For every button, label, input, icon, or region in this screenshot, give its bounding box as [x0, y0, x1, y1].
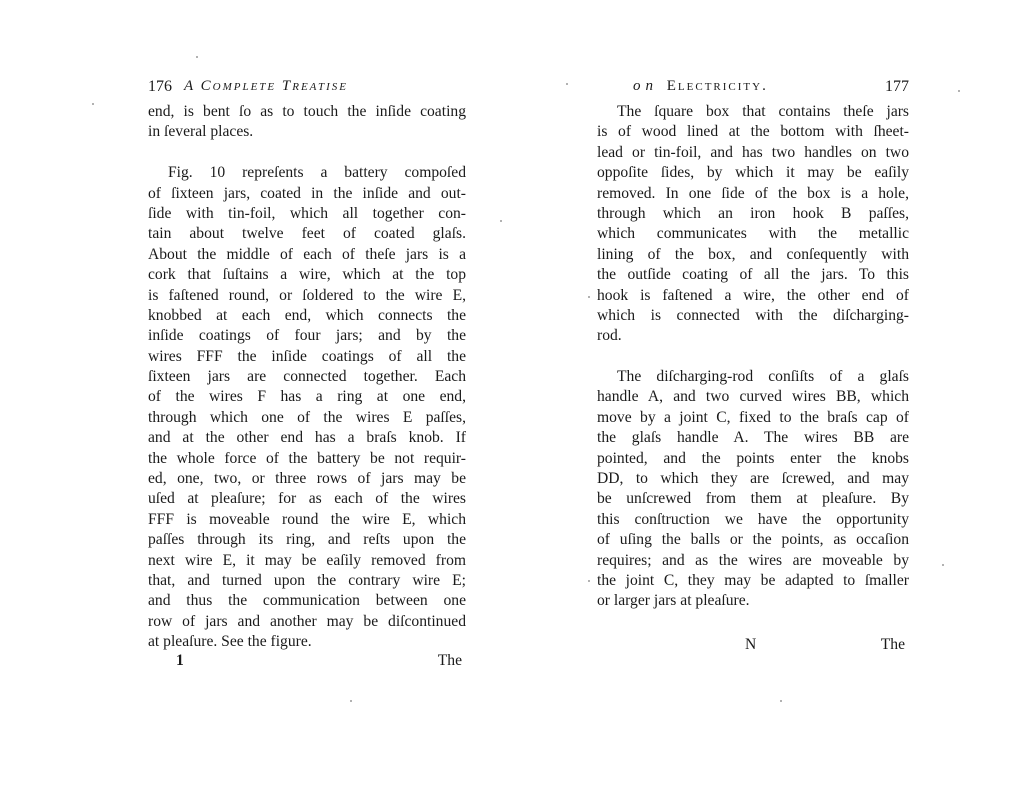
- text-line: lead or tin-foil, and has two handles on…: [597, 143, 909, 163]
- text-line: through which one of the wires E paſſes,: [148, 408, 466, 428]
- text-line: ſide with tin-foil, which all together c…: [148, 204, 466, 224]
- paragraph: The diſcharging-rod conſiſts of a glaſs …: [597, 367, 909, 612]
- text-line: removed. In one ſide of the box is a hol…: [597, 184, 909, 204]
- text-line: inſide coatings of four jars; and by the: [148, 326, 466, 346]
- text-line: in ſeveral places.: [148, 122, 466, 142]
- left-body-text: end, is bent ſo as to touch the inſide c…: [148, 102, 466, 653]
- text-line: is faſtened round, or ſoldered to the wi…: [148, 286, 466, 306]
- paragraph: end, is bent ſo as to touch the inſide c…: [148, 102, 466, 143]
- running-title-left-text: A Complete Treatise: [184, 78, 348, 94]
- text-line: of ſixteen jars, coated in the inſide an…: [148, 184, 466, 204]
- text-line: rod.: [597, 326, 909, 346]
- text-line: next wire E, it may be eaſily removed fr…: [148, 551, 466, 571]
- paragraph-gap: [148, 143, 466, 163]
- text-line: the joint C, they may be adapted to ſmal…: [597, 571, 909, 591]
- text-line: tain about twelve feet of coated glaſs.: [148, 224, 466, 244]
- text-line: FFF is moveable round the wire E, which: [148, 510, 466, 530]
- text-line: requires; and as the wires are moveable …: [597, 551, 909, 571]
- scan-speck: [588, 296, 590, 298]
- text-line: this conſtruction we have the opportunit…: [597, 510, 909, 530]
- right-running-head: on Electricity. 177: [597, 78, 909, 100]
- scan-speck: [196, 56, 198, 58]
- text-line: the glaſs handle A. The wires BB are: [597, 428, 909, 448]
- scan-speck: [350, 700, 352, 702]
- text-line: that, and turned upon the contrary wire …: [148, 571, 466, 591]
- catchword-right: The: [881, 636, 905, 654]
- text-line: and thus the communication between one: [148, 591, 466, 611]
- text-line: About the middle of each of theſe jars i…: [148, 245, 466, 265]
- right-page: on Electricity. 177 The ſquare box that …: [597, 0, 909, 791]
- left-running-head: 176 A Complete Treatise: [148, 78, 466, 100]
- text-line: oppoſite ſides, by which it may be eaſil…: [597, 163, 909, 183]
- text-line: of the wires F has a ring at one end,: [148, 387, 466, 407]
- scan-speck: [588, 580, 590, 582]
- page-number-left: 176: [148, 78, 172, 96]
- text-line: row of jars and another may be diſcontin…: [148, 612, 466, 632]
- text-line: handle A, and two curved wires BB, which: [597, 387, 909, 407]
- running-title-left: A Complete Treatise: [184, 78, 348, 95]
- text-line: through which an iron hook B paſſes,: [597, 204, 909, 224]
- text-line: ed, one, two, or three rows of jars may …: [148, 469, 466, 489]
- text-line: Fig. 10 repreſents a battery compoſed: [148, 163, 466, 183]
- text-line: cork that ſuſtains a wire, which at the …: [148, 265, 466, 285]
- text-line: or larger jars at pleaſure.: [597, 591, 909, 611]
- scan-speck: [92, 103, 94, 105]
- text-line: move by a joint C, fixed to the braſs ca…: [597, 408, 909, 428]
- text-line: at pleaſure. See the figure.: [148, 632, 466, 652]
- right-body-text: The ſquare box that contains theſe jars …: [597, 102, 909, 612]
- text-line: lining of the box, and conſequently with: [597, 245, 909, 265]
- scan-speck: [942, 564, 944, 566]
- paragraph: Fig. 10 repreſents a battery compoſed of…: [148, 163, 466, 652]
- text-line: of uſing the balls or the points, as occ…: [597, 530, 909, 550]
- scan-speck: [780, 700, 782, 702]
- paragraph-gap: [597, 347, 909, 367]
- text-line: The ſquare box that contains theſe jars: [597, 102, 909, 122]
- text-line: DD, to which they are ſcrewed, and may: [597, 469, 909, 489]
- running-title-prefix: on: [633, 78, 658, 94]
- text-line: the outſide coating of all the jars. To …: [597, 265, 909, 285]
- signature-mark-left: 1: [176, 652, 184, 670]
- text-line: hook is faſtened a wire, the other end o…: [597, 286, 909, 306]
- text-line: ſixteen jars are connected together. Eac…: [148, 367, 466, 387]
- text-line: and at the other end has a braſs knob. I…: [148, 428, 466, 448]
- left-page: 176 A Complete Treatise end, is bent ſo …: [148, 0, 466, 791]
- running-title-right-text: Electricity.: [667, 78, 768, 94]
- page-number-right: 177: [885, 78, 909, 96]
- text-line: end, is bent ſo as to touch the inſide c…: [148, 102, 466, 122]
- text-line: knobbed at each end, which connects the: [148, 306, 466, 326]
- signature-mark-right: N: [745, 636, 756, 654]
- scan-speck: [500, 220, 502, 222]
- text-line: paſſes through its ring, and reſts upon …: [148, 530, 466, 550]
- text-line: pointed, and the points enter the knobs: [597, 449, 909, 469]
- text-line: which is connected with the diſcharging-: [597, 306, 909, 326]
- text-line: be unſcrewed from them at pleaſure. By: [597, 489, 909, 509]
- scan-speck: [566, 83, 568, 85]
- text-line: which communicates with the metallic: [597, 224, 909, 244]
- text-line: the whole force of the battery be not re…: [148, 449, 466, 469]
- scan-speck: [958, 90, 960, 92]
- text-line: uſed at pleaſure; for as each of the wir…: [148, 489, 466, 509]
- running-title-right: on Electricity.: [633, 78, 768, 95]
- text-line: is of wood lined at the bottom with ſhee…: [597, 122, 909, 142]
- catchword-left: The: [438, 652, 462, 670]
- paragraph: The ſquare box that contains theſe jars …: [597, 102, 909, 347]
- text-line: wires FFF the inſide coatings of all the: [148, 347, 466, 367]
- text-line: The diſcharging-rod conſiſts of a glaſs: [597, 367, 909, 387]
